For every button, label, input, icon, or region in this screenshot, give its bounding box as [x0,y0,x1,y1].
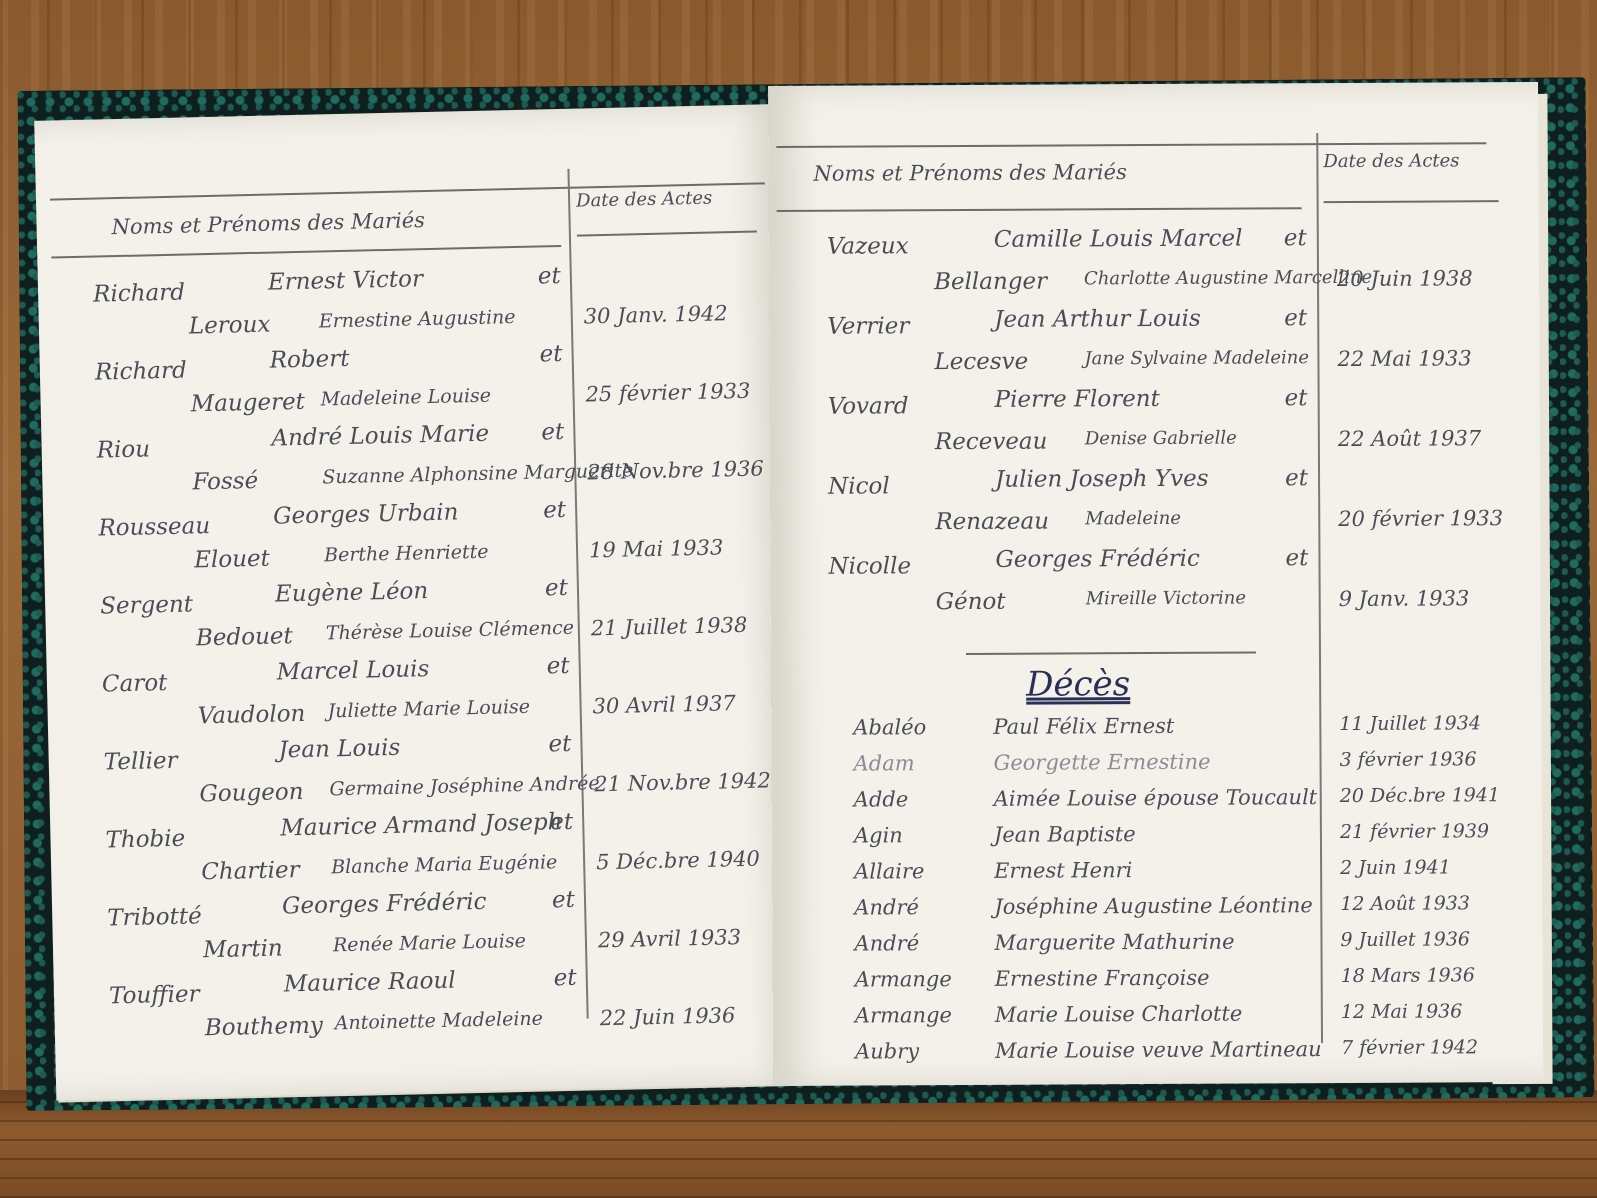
groom-given-names: Jean Arthur Louis [994,306,1201,333]
death-date: 11 Juillet 1934 [1339,712,1481,735]
deceased-surname: Adde [854,787,909,811]
deceased-surname: André [854,931,919,955]
groom-surname: Touffier [109,981,200,1009]
deceased-surname: Adam [853,751,914,775]
marriage-entry: TellierJean LouisetGougeonGermaine Josép… [48,734,793,751]
header-bottom-rule-names [777,207,1302,212]
conjunction: et [1285,385,1308,411]
conjunction: et [1284,225,1307,251]
marriage-date: 29 Avril 1933 [598,925,742,952]
bride-given-names: Mireille Victorine [1086,588,1246,610]
marriage-date: 19 Mai 1933 [589,535,724,562]
bride-surname: Lecesve [934,349,1028,375]
groom-surname: Tellier [103,748,177,776]
bride-given-names: Antoinette Madeleine [334,1008,543,1035]
left-page: Noms et Prénoms des Mariés Date des Acte… [34,104,801,1101]
deceased-given-names: Joséphine Augustine Léontine [994,893,1313,919]
conjunction: et [550,809,573,836]
death-date: 9 Juillet 1936 [1340,928,1470,951]
groom-surname: Richard [95,358,187,386]
deceased-given-names: Marguerite Mathurine [994,930,1234,955]
header-bottom-rule-date [577,231,757,237]
conjunction: et [548,731,571,758]
death-date: 12 Mai 1936 [1341,1000,1463,1023]
bride-surname: Leroux [189,312,271,340]
marriage-date: 21 Juillet 1938 [591,613,748,641]
groom-surname: Carot [102,670,168,697]
bride-given-names: Madeleine [1085,508,1181,530]
bride-surname: Gougeon [199,779,304,807]
bride-surname: Martin [203,935,283,963]
marriage-date: 30 Avril 1937 [592,691,736,718]
conjunction: et [538,263,561,290]
section-separator [966,651,1256,655]
marriage-entry: RichardErnest VictoretLerouxErnestine Au… [38,266,783,283]
bride-given-names: Jane Sylvaine Madeleine [1084,347,1309,369]
groom-given-names: André Louis Marie [271,421,489,452]
conjunction: et [553,965,576,992]
bride-given-names: Ernestine Augustine [319,306,516,332]
conjunction: et [1285,545,1308,571]
groom-surname: Tribotté [107,903,202,931]
marriage-date: 20 Juin 1938 [1337,266,1473,291]
bride-surname: Génot [936,589,1006,615]
bride-given-names: Thérèse Louise Clémence [326,617,575,645]
bride-surname: Bouthemy [205,1013,324,1042]
groom-surname: Nicol [828,473,890,499]
deceased-surname: Armange [855,1003,952,1028]
names-column-header: Noms et Prénoms des Mariés [813,160,1126,186]
bride-surname: Bellanger [934,269,1047,296]
deceased-surname: Abaléo [853,715,926,739]
marriage-date: 20 février 1933 [1338,506,1503,531]
groom-surname: Sergent [100,591,193,619]
deceased-given-names: Jean Baptiste [994,822,1136,847]
marriage-date: 22 Juin 1936 [599,1003,735,1030]
conjunction: et [543,497,566,524]
header-bottom-rule-date [1324,200,1499,203]
right-page: Noms et Prénoms des Mariés Date des Acte… [768,82,1543,1086]
bride-given-names: Blanche Maria Eugénie [331,851,558,878]
marriage-entry: ThobieMaurice Armand JosephetChartierBla… [50,812,795,829]
groom-surname: Vazeux [827,233,909,259]
marriage-entry: RichardRobertetMaugeretMadeleine Louise [40,344,785,361]
conjunction: et [539,341,562,368]
marriage-date: 22 Août 1937 [1338,426,1481,451]
bride-given-names: Germaine Joséphine Andrée [329,772,600,800]
names-column-header: Noms et Prénoms des Mariés [111,208,425,239]
marriage-entry: VerrierJean Arthur LouisetLecesveJane Sy… [769,310,1539,314]
marriage-date: 25 février 1933 [585,379,750,407]
deceased-given-names: Paul Félix Ernest [993,714,1174,739]
marriage-date: 30 Janv. 1942 [583,301,728,328]
bride-surname: Renazeau [935,509,1049,536]
groom-given-names: Georges Frédéric [282,889,487,920]
marriage-date: 28 Nov.bre 1936 [587,456,764,484]
bride-given-names: Renée Marie Louise [333,930,526,956]
death-date: 3 février 1936 [1339,748,1476,771]
marriage-entry: VovardPierre FlorentetReceveauDenise Gab… [770,390,1540,394]
groom-surname: Thobie [105,826,185,854]
deceased-surname: Allaire [854,859,924,883]
marriage-date: 5 Déc.bre 1940 [596,847,760,875]
groom-given-names: Georges Urbain [273,499,459,529]
bride-given-names: Berthe Henriette [324,541,489,567]
conjunction: et [545,575,568,602]
deceased-surname: André [854,895,919,919]
marriage-entry: CarotMarcel LouisetVaudolonJuliette Mari… [47,656,792,673]
deceased-surname: Aubry [855,1039,919,1063]
groom-given-names: Marcel Louis [276,656,429,685]
groom-surname: Vovard [828,393,909,419]
groom-surname: Riou [96,436,150,463]
groom-given-names: Jean Louis [278,735,400,764]
groom-given-names: Robert [269,346,349,374]
marriage-entry: VazeuxCamille Louis MarceletBellangerCha… [769,230,1539,234]
bride-surname: Bedouet [196,623,293,651]
marriage-date: 22 Mai 1933 [1337,346,1471,371]
deces-section-title: Décès [1026,664,1130,705]
deceased-surname: Agin [854,823,903,847]
bride-given-names: Charlotte Augustine Marcelline [1084,267,1372,290]
bride-surname: Chartier [201,857,300,885]
marriage-entry: RousseauGeorges UrbainetElouetBerthe Hen… [43,500,788,517]
marriage-entry: NicolleGeorges FrédéricetGénotMireille V… [770,550,1540,554]
groom-surname: Verrier [827,313,909,339]
marriage-entry: RiouAndré Louis MarieetFosséSuzanne Alph… [41,422,786,439]
bride-surname: Fossé [192,468,258,495]
death-date: 7 février 1942 [1341,1036,1478,1059]
bride-given-names: Juliette Marie Louise [327,696,530,723]
conjunction: et [1285,465,1308,491]
marriage-entry: NicolJulien Joseph YvesetRenazeauMadelei… [770,470,1540,474]
marriage-date: 9 Janv. 1933 [1339,586,1470,611]
deceased-surname: Armange [855,967,952,992]
conjunction: et [541,419,564,446]
bride-given-names: Madeleine Louise [320,385,491,411]
deceased-given-names: Marie Louise veuve Martineau [995,1037,1322,1063]
marriage-entry: TouffierMaurice RaouletBouthemyAntoinett… [54,968,799,985]
death-date: 2 Juin 1941 [1340,856,1451,879]
groom-given-names: Pierre Florent [995,386,1160,413]
bride-surname: Receveau [935,429,1048,456]
deceased-given-names: Marie Louise Charlotte [995,1002,1243,1027]
bride-surname: Elouet [194,546,270,574]
groom-surname: Nicolle [828,553,911,579]
conjunction: et [1284,305,1307,331]
groom-given-names: Ernest Victor [268,266,424,296]
bride-given-names: Denise Gabrielle [1085,428,1237,450]
death-date: 21 février 1939 [1340,820,1489,843]
groom-given-names: Georges Frédéric [995,546,1200,573]
groom-given-names: Maurice Armand Joseph [280,809,563,841]
groom-surname: Richard [93,280,185,308]
marriage-entry: TribottéGeorges FrédéricetMartinRenée Ma… [52,890,797,907]
deceased-given-names: Aimée Louise épouse Toucault [994,785,1318,811]
death-date: 12 Août 1933 [1340,892,1470,915]
groom-given-names: Maurice Raoul [284,968,456,998]
death-date: 18 Mars 1936 [1341,964,1475,987]
marriage-date: 21 Nov.bre 1942 [594,768,771,796]
date-column-header: Date des Actes [576,188,713,212]
bride-surname: Maugeret [190,389,305,418]
conjunction: et [546,653,569,680]
groom-given-names: Camille Louis Marcel [994,226,1243,253]
groom-given-names: Julien Joseph Yves [995,466,1209,493]
header-bottom-rule-names [51,245,561,259]
date-column-header: Date des Actes [1323,150,1459,172]
death-date: 20 Déc.bre 1941 [1340,784,1500,807]
marriage-entry: SergentEugène LéonetBedouetThérèse Louis… [45,578,790,595]
header-top-rule [776,142,1486,148]
groom-surname: Rousseau [98,513,210,542]
deceased-given-names: Georgette Ernestine [993,750,1210,775]
deceased-given-names: Ernest Henri [994,858,1132,883]
groom-given-names: Eugène Léon [275,578,429,607]
deceased-given-names: Ernestine Françoise [995,966,1210,991]
conjunction: et [552,887,575,914]
bride-surname: Vaudolon [197,701,305,729]
